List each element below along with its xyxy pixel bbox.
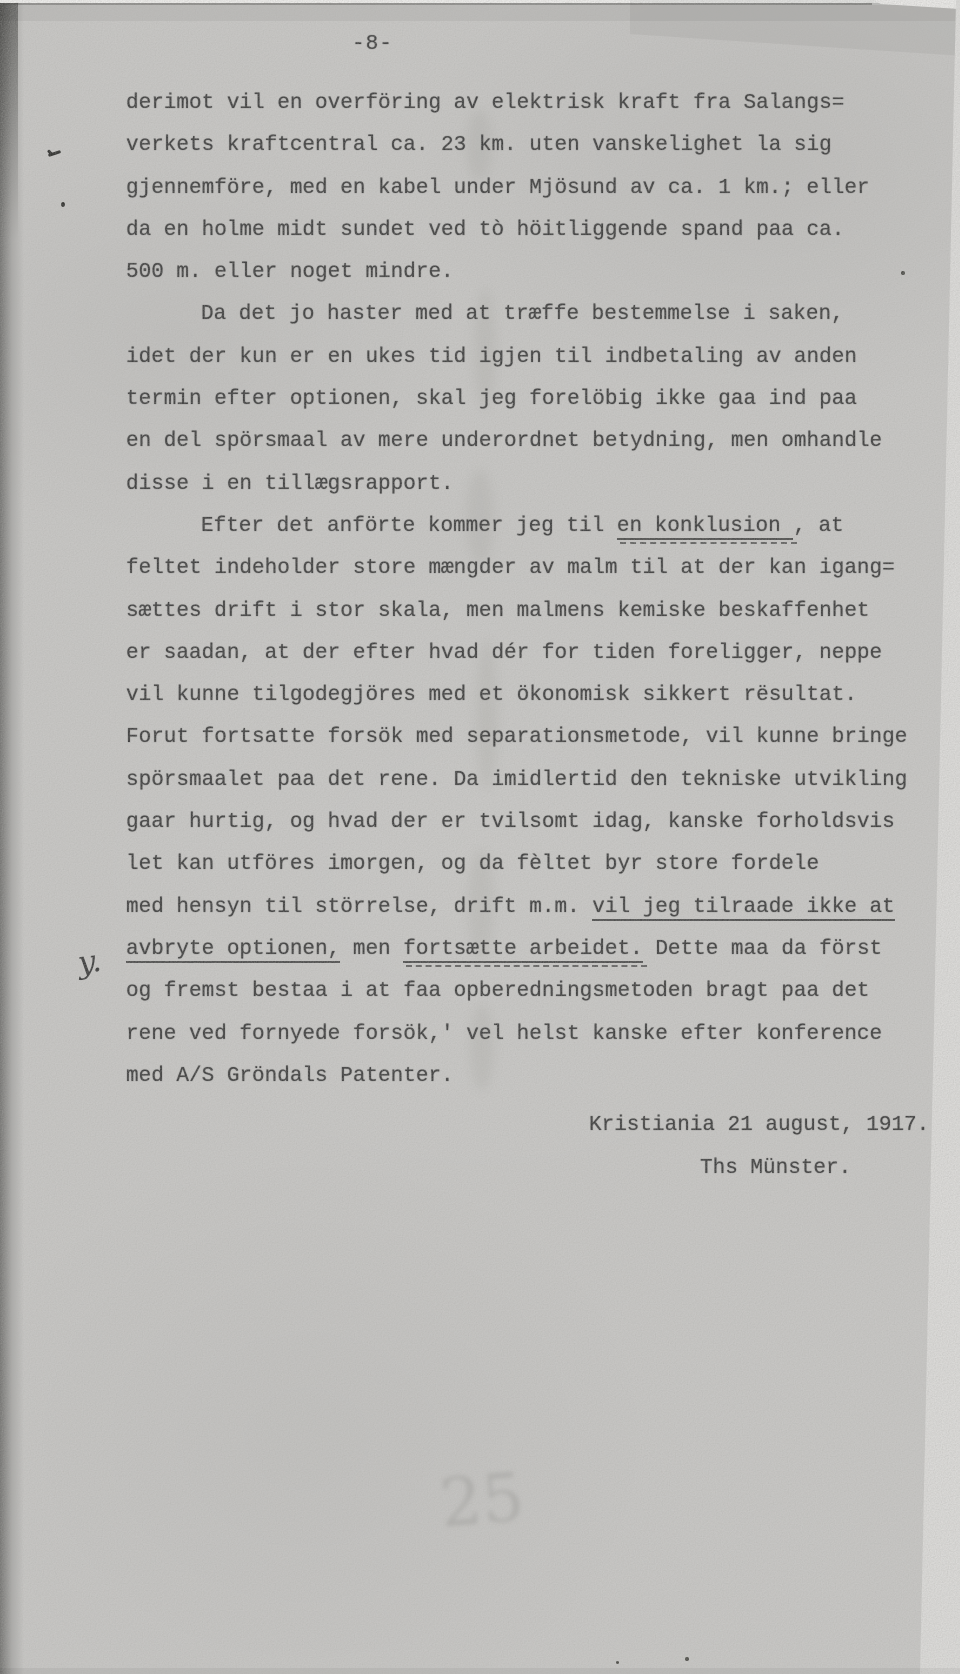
scan-edge-left xyxy=(0,0,24,1674)
dust-speck xyxy=(685,1657,689,1661)
text-line: sættes drift i stor skala, men malmens k… xyxy=(126,591,907,633)
text-segment: da en holme midt sundet ved tò höitligge… xyxy=(126,219,844,242)
text-line: derimot vil en overföring av elektrisk k… xyxy=(126,83,907,125)
text-segment: , at xyxy=(793,515,843,538)
text-segment: rene ved fornyede forsök,' vel helst kan… xyxy=(126,1023,882,1046)
scan-bottom-shadow-band xyxy=(0,1668,960,1674)
text-segment: Forut fortsatte forsök med separationsme… xyxy=(126,726,907,749)
text-segment: 500 m. eller noget mindre. xyxy=(126,261,454,284)
underlined-text-segment: fortsætte arbeidet. xyxy=(403,938,642,963)
underlined-text-segment: vil jeg tilraade ikke at xyxy=(592,896,894,921)
text-line: gaar hurtig, og hvad der er tvilsomt ida… xyxy=(126,802,907,844)
text-line: spörsmaalet paa det rene. Da imidlertid … xyxy=(126,760,907,802)
text-segment: gjennemföre, med en kabel under Mjösund … xyxy=(126,177,870,200)
underlined-text-segment: avbryte optionen, xyxy=(126,938,340,963)
text-line: og fremst bestaa i at faa opberedningsme… xyxy=(126,971,907,1013)
text-segment: disse i en tillægsrapport. xyxy=(126,473,454,496)
text-segment: let kan utföres imorgen, og da fèltet by… xyxy=(126,853,819,876)
text-segment: med hensyn til störrelse, drift m.m. xyxy=(126,896,592,919)
text-line: med hensyn til störrelse, drift m.m. vil… xyxy=(126,887,907,929)
text-segment: Efter det anförte kommer jeg til xyxy=(201,515,617,538)
dust-speck xyxy=(901,271,905,275)
date-line: Kristiania 21 august, 1917. xyxy=(589,1114,929,1137)
text-segment: spörsmaalet paa det rene. Da imidlertid … xyxy=(126,769,907,792)
text-line: Da det jo haster med at træffe bestemmel… xyxy=(126,294,907,336)
text-segment: sættes drift i stor skala, men malmens k… xyxy=(126,600,870,623)
text-line: idet der kun er en ukes tid igjen til in… xyxy=(126,337,907,379)
text-segment: feltet indeholder store mængder av malm … xyxy=(126,557,895,580)
text-line: verkets kraftcentral ca. 23 km. uten van… xyxy=(126,125,907,167)
text-line: med A/S Gröndals Patenter. xyxy=(126,1056,907,1098)
text-segment: idet der kun er en ukes tid igjen til in… xyxy=(126,346,857,369)
scan-edge-right xyxy=(918,0,960,1674)
pen-fleck-mark xyxy=(46,148,62,160)
handwritten-margin-mark: y. xyxy=(76,943,103,982)
paper-watermark: 25 xyxy=(437,1458,527,1542)
text-segment: derimot vil en overföring av elektrisk k… xyxy=(126,92,844,115)
text-line: Efter det anförte kommer jeg til en konk… xyxy=(126,506,907,548)
text-line: rene ved fornyede forsök,' vel helst kan… xyxy=(126,1014,907,1056)
text-line: termin efter optionen, skal jeg forelöbi… xyxy=(126,379,907,421)
text-line: avbryte optionen, men fortsætte arbeidet… xyxy=(126,929,907,971)
text-line: en del spörsmaal av mere underordnet bet… xyxy=(126,421,907,463)
text-segment: er saadan, at der efter hvad dér for tid… xyxy=(126,642,882,665)
text-line: disse i en tillægsrapport. xyxy=(126,464,907,506)
text-line: er saadan, at der efter hvad dér for tid… xyxy=(126,633,907,675)
scanned-letter-page: 25 -8- derimot vil en overföring av elek… xyxy=(0,0,960,1674)
page-number: -8- xyxy=(352,33,393,56)
text-segment: gaar hurtig, og hvad der er tvilsomt ida… xyxy=(126,811,895,834)
dust-speck xyxy=(616,1661,619,1664)
text-line: 500 m. eller noget mindre. xyxy=(126,252,907,294)
text-segment: en del spörsmaal av mere underordnet bet… xyxy=(126,430,882,453)
signature-line: Ths Münster. xyxy=(700,1157,851,1180)
text-segment: Da det jo haster med at træffe bestemmel… xyxy=(201,303,844,326)
text-segment: verkets kraftcentral ca. 23 km. uten van… xyxy=(126,134,832,157)
text-line: gjennemföre, med en kabel under Mjösund … xyxy=(126,168,907,210)
text-segment: termin efter optionen, skal jeg forelöbi… xyxy=(126,388,857,411)
letter-body: derimot vil en overföring av elektrisk k… xyxy=(126,83,907,1098)
underlined-text-segment: en konklusion xyxy=(617,515,793,540)
text-line: Forut fortsatte forsök med separationsme… xyxy=(126,717,907,759)
text-line: da en holme midt sundet ved tò höitligge… xyxy=(126,210,907,252)
text-segment: med A/S Gröndals Patenter. xyxy=(126,1065,454,1088)
pen-dot-mark xyxy=(61,202,65,207)
scan-edge-left-top xyxy=(0,0,18,240)
text-segment: og fremst bestaa i at faa opberedningsme… xyxy=(126,980,870,1003)
text-line: let kan utföres imorgen, og da fèltet by… xyxy=(126,844,907,886)
scan-top-right-shading xyxy=(630,0,960,62)
text-segment: Dette maa da först xyxy=(643,938,882,961)
text-segment: men xyxy=(340,938,403,961)
text-segment: vil kunne tilgodegjöres med et ökonomisk… xyxy=(126,684,857,707)
text-line: feltet indeholder store mængder av malm … xyxy=(126,548,907,590)
text-line: vil kunne tilgodegjöres med et ökonomisk… xyxy=(126,675,907,717)
